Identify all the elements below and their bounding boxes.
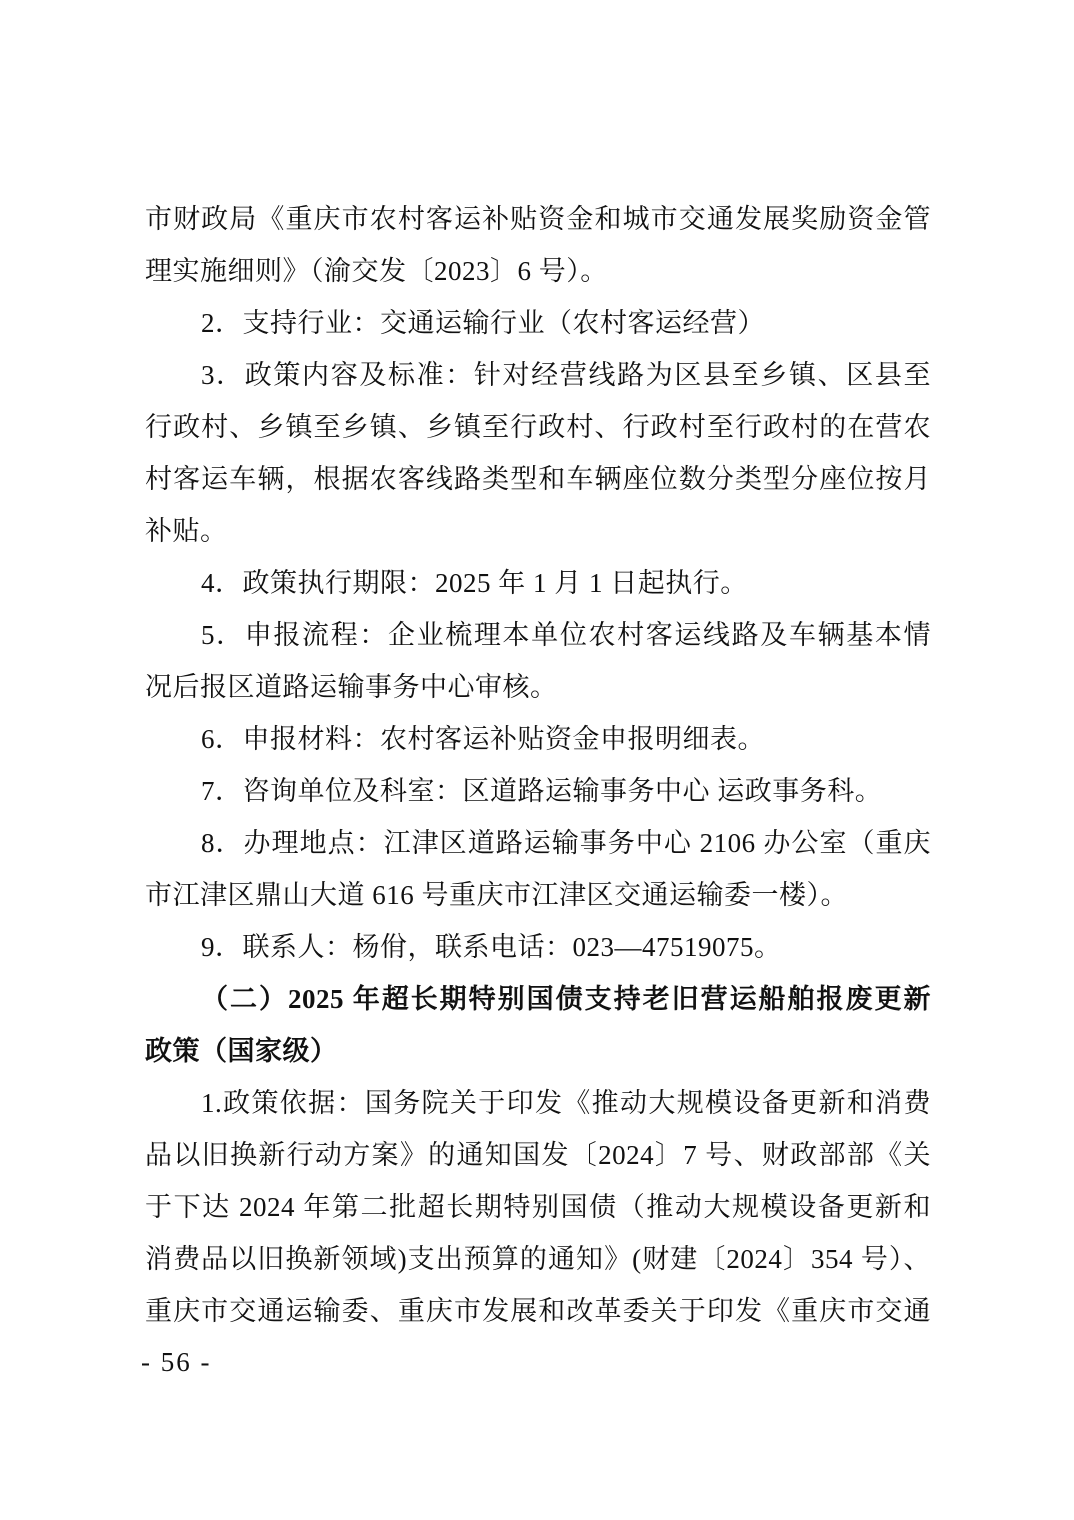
document-body: 市财政局《重庆市农村客运补贴资金和城市交通发展奖励资金管理实施细则》（渝交发〔2… (145, 193, 931, 1337)
text-line: 补贴。 (145, 505, 931, 557)
heading-line: 政策（国家级） (145, 1025, 931, 1077)
text-line: 8．办理地点：江津区道路运输事务中心 2106 办公室（重庆 (145, 817, 931, 869)
text-line: 况后报区道路运输事务中心审核。 (145, 661, 931, 713)
text-line: 消费品以旧换新领域)支出预算的通知》(财建〔2024〕354 号）、 (145, 1233, 931, 1285)
text-line: 重庆市交通运输委、重庆市发展和改革委关于印发《重庆市交通 (145, 1285, 931, 1337)
text-line: 6．申报材料：农村客运补贴资金申报明细表。 (145, 713, 931, 765)
heading-line: （二）2025 年超长期特别国债支持老旧营运船舶报废更新 (145, 973, 931, 1025)
text-line: 3．政策内容及标准：针对经营线路为区县至乡镇、区县至 (145, 349, 931, 401)
page-number: - 56 - (141, 1336, 211, 1388)
text-line: 品以旧换新行动方案》的通知国发〔2024〕7 号、财政部部《关 (145, 1129, 931, 1181)
text-line: 于下达 2024 年第二批超长期特别国债（推动大规模设备更新和 (145, 1181, 931, 1233)
document-page: 市财政局《重庆市农村客运补贴资金和城市交通发展奖励资金管理实施细则》（渝交发〔2… (0, 0, 1074, 1520)
text-line: 村客运车辆，根据农客线路类型和车辆座位数分类型分座位按月 (145, 453, 931, 505)
text-line: 4．政策执行期限：2025 年 1 月 1 日起执行。 (145, 557, 931, 609)
text-line: 9．联系人：杨佾，联系电话：023—47519075。 (145, 921, 931, 973)
text-line: 1.政策依据：国务院关于印发《推动大规模设备更新和消费 (145, 1077, 931, 1129)
text-line: 5．申报流程：企业梳理本单位农村客运线路及车辆基本情 (145, 609, 931, 661)
text-line: 市财政局《重庆市农村客运补贴资金和城市交通发展奖励资金管 (145, 193, 931, 245)
text-line: 市江津区鼎山大道 616 号重庆市江津区交通运输委一楼）。 (145, 869, 931, 921)
text-line: 行政村、乡镇至乡镇、乡镇至行政村、行政村至行政村的在营农 (145, 401, 931, 453)
text-line: 理实施细则》（渝交发〔2023〕6 号）。 (145, 245, 931, 297)
text-line: 7．咨询单位及科室：区道路运输事务中心 运政事务科。 (145, 765, 931, 817)
text-line: 2．支持行业：交通运输行业（农村客运经营） (145, 297, 931, 349)
